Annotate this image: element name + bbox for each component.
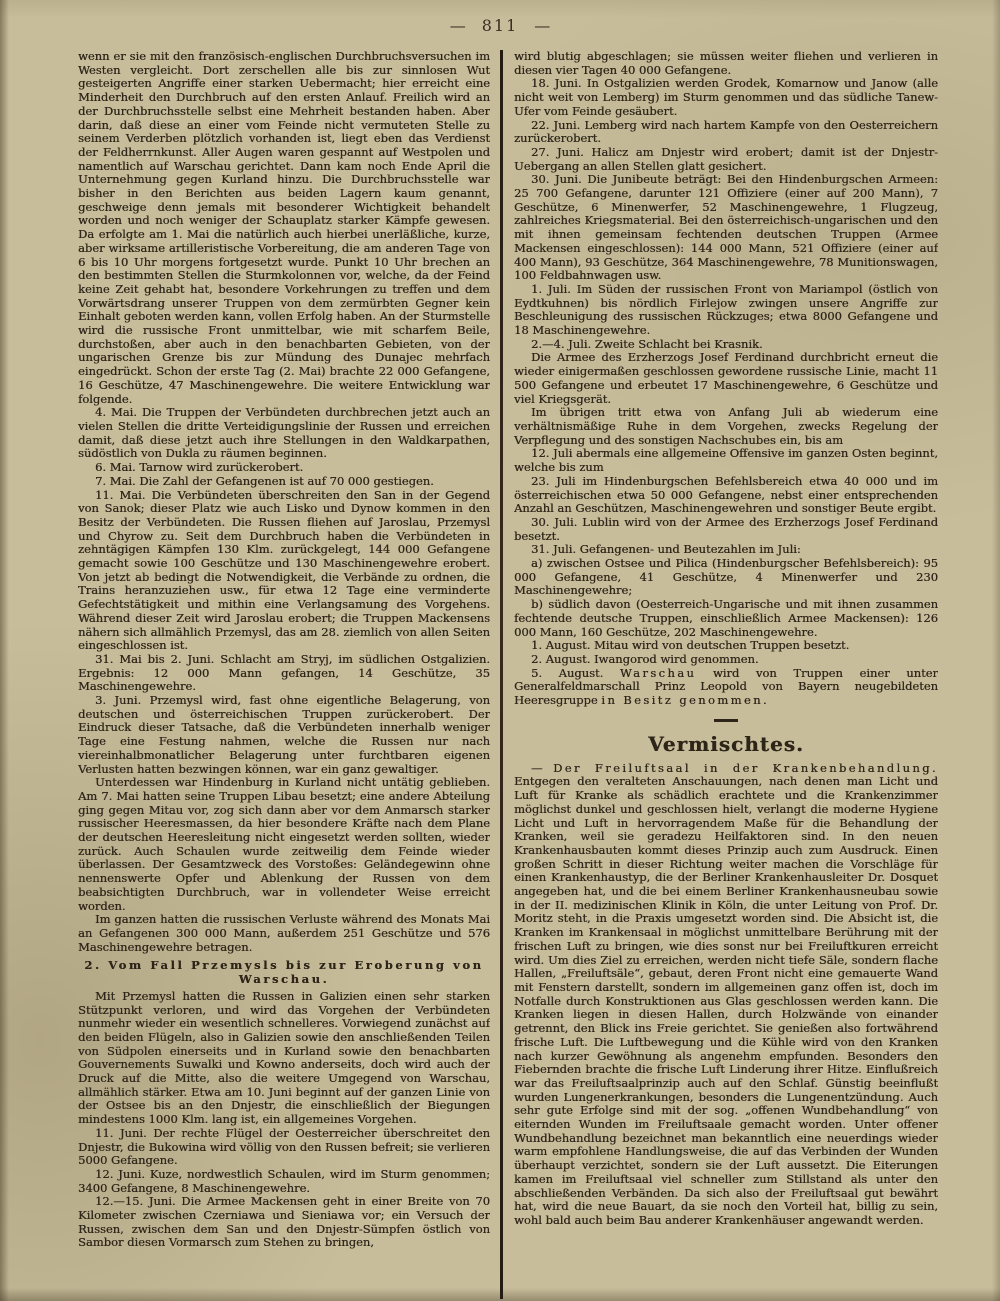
- page-number-dash-left: —: [450, 16, 466, 35]
- paragraph: 23. Juli im Hindenburgschen Befehlsberei…: [514, 475, 938, 516]
- paragraph: 6. Mai. Tarnow wird zurückerobert.: [78, 461, 490, 475]
- paragraph: 4. Mai. Die Truppen der Verbündeten durc…: [78, 406, 490, 461]
- text-segment: 30. Juli. Lublin wird von der Armee des …: [514, 515, 938, 543]
- paragraph: 11. Mai. Die Verbündeten überschreiten d…: [78, 489, 490, 653]
- text-segment: 12.—15. Juni. Die Armee Mackensen geht i…: [78, 1194, 490, 1249]
- text-segment: Der Freiluftsaal in der Krankenbehandlun…: [553, 761, 938, 775]
- text-segment: 31. Mai bis 2. Juni. Schlacht am Stryj, …: [78, 652, 490, 693]
- text-segment: 2. August. Iwangorod wird genommen.: [531, 652, 759, 666]
- text-segment: Entgegen den veralteten Anschauungen, na…: [514, 774, 938, 1227]
- text-segment: 11. Juni. Der rechte Flügel der Oesterre…: [78, 1126, 490, 1167]
- paragraph: 22. Juni. Lemberg wird nach hartem Kampf…: [514, 119, 938, 146]
- paragraph: Mit Przemysl hatten die Russen in Galizi…: [78, 990, 490, 1127]
- text-segment: 18. Juni. In Ostgalizien werden Grodek, …: [514, 76, 938, 117]
- text-segment: Vermischtes.: [648, 732, 804, 756]
- paragraph: 2.—4. Juli. Zweite Schlacht bei Krasnik.: [514, 338, 938, 352]
- paragraph: — Der Freiluftsaal in der Krankenbehandl…: [514, 762, 938, 1228]
- paragraph: Die Armee des Erzherzogs Josef Ferdinand…: [514, 351, 938, 406]
- paragraph: 7. Mai. Die Zahl der Gefangenen ist auf …: [78, 475, 490, 489]
- paragraph: 12. Juli abermals eine allgemeine Offens…: [514, 447, 938, 474]
- paragraph: 31. Juli. Gefangenen- und Beutezahlen im…: [514, 543, 938, 557]
- right-column: wird blutig abgeschlagen; sie müssen wei…: [503, 50, 938, 1299]
- text-block: wenn er sie mit den französisch-englisch…: [0, 50, 1000, 1299]
- paragraph: 5. August. Warschau wird von Truppen ein…: [514, 667, 938, 708]
- text-segment: 1. Juli. Im Süden der russischen Front v…: [514, 282, 938, 337]
- text-segment: 12. Juli abermals eine allgemeine Offens…: [514, 446, 938, 474]
- text-segment: in Besitz genommen.: [601, 693, 769, 707]
- paragraph: 1. August. Mitau wird von deutschen Trup…: [514, 639, 938, 653]
- section-title: Vermischtes.: [514, 732, 938, 756]
- paragraph: 30. Juni. Die Junibeute beträgt: Bei den…: [514, 173, 938, 283]
- paragraph: Im übrigen tritt etwa von Anfang Juli ab…: [514, 406, 938, 447]
- text-segment: 4. Mai. Die Truppen der Verbündeten durc…: [78, 405, 490, 460]
- paragraph: 12. Juni. Kuze, nordwestlich Schaulen, w…: [78, 1168, 490, 1195]
- paragraph: 12.—15. Juni. Die Armee Mackensen geht i…: [78, 1195, 490, 1250]
- text-segment: 30. Juni. Die Junibeute beträgt: Bei den…: [514, 172, 938, 282]
- text-segment: Mit Przemysl hatten die Russen in Galizi…: [78, 989, 490, 1126]
- paragraph: Im ganzen hatten die russischen Verluste…: [78, 913, 490, 954]
- paragraph: 31. Mai bis 2. Juni. Schlacht am Stryj, …: [78, 653, 490, 694]
- text-segment: a) zwischen Ostsee und Pilica (Hindenbur…: [514, 556, 938, 597]
- paragraph: 18. Juni. In Ostgalizien werden Grodek, …: [514, 77, 938, 118]
- text-segment: 5. August.: [531, 666, 620, 680]
- page-header: — 811 —: [0, 0, 1000, 50]
- paragraph: 2. August. Iwangorod wird genommen.: [514, 653, 938, 667]
- text-segment: Die Armee des Erzherzogs Josef Ferdinand…: [514, 350, 938, 405]
- text-segment: 7. Mai. Die Zahl der Gefangenen ist auf …: [95, 474, 434, 488]
- text-segment: 2. Vom Fall Przemysls bis zur Eroberung …: [84, 958, 483, 986]
- text-segment: Im ganzen hatten die russischen Verluste…: [78, 912, 490, 953]
- paragraph: wird blutig abgeschlagen; sie müssen wei…: [514, 50, 938, 77]
- newspaper-page: — 811 — wenn er sie mit den französisch-…: [0, 0, 1000, 1301]
- paragraph: 1. Juli. Im Süden der russischen Front v…: [514, 283, 938, 338]
- left-column: wenn er sie mit den französisch-englisch…: [78, 50, 490, 1299]
- chapter-heading: 2. Vom Fall Przemysls bis zur Eroberung …: [78, 959, 490, 986]
- text-segment: b) südlich davon (Oesterreich-Ungarische…: [514, 597, 938, 638]
- text-segment: —: [531, 761, 553, 775]
- paragraph: Unterdessen war Hindenburg in Kurland ni…: [78, 776, 490, 913]
- page-number-dash-right: —: [534, 16, 550, 35]
- text-segment: Warschau: [620, 666, 696, 680]
- paragraph: 11. Juni. Der rechte Flügel der Oesterre…: [78, 1127, 490, 1168]
- text-segment: 22. Juni. Lemberg wird nach hartem Kampf…: [514, 118, 938, 146]
- paragraph: wenn er sie mit den französisch-englisch…: [78, 50, 490, 406]
- text-segment: Im übrigen tritt etwa von Anfang Juli ab…: [514, 405, 938, 446]
- page-number: 811: [482, 16, 519, 35]
- text-segment: Unterdessen war Hindenburg in Kurland ni…: [78, 775, 490, 912]
- text-segment: 23. Juli im Hindenburgschen Befehlsberei…: [514, 474, 938, 515]
- text-segment: 3. Juni. Przemysl wird, fast ohne eigent…: [78, 693, 490, 776]
- text-segment: 1. August. Mitau wird von deutschen Trup…: [531, 638, 849, 652]
- text-segment: wird blutig abgeschlagen; sie müssen wei…: [514, 50, 938, 77]
- text-segment: wenn er sie mit den französisch-englisch…: [78, 50, 490, 406]
- paragraph: 27. Juni. Halicz am Dnjestr wird erobert…: [514, 146, 938, 173]
- text-segment: 31. Juli. Gefangenen- und Beutezahlen im…: [531, 542, 801, 556]
- text-segment: 12. Juni. Kuze, nordwestlich Schaulen, w…: [78, 1167, 490, 1195]
- paragraph: 30. Juli. Lublin wird von der Armee des …: [514, 516, 938, 543]
- text-segment: 27. Juni. Halicz am Dnjestr wird erobert…: [514, 145, 938, 173]
- text-segment: 6. Mai. Tarnow wird zurückerobert.: [95, 460, 303, 474]
- paragraph: b) südlich davon (Oesterreich-Ungarische…: [514, 598, 938, 639]
- text-segment: 11. Mai. Die Verbündeten überschreiten d…: [78, 488, 490, 653]
- text-segment: 2.—4. Juli. Zweite Schlacht bei Krasnik.: [531, 337, 763, 351]
- paragraph: a) zwischen Ostsee und Pilica (Hindenbur…: [514, 557, 938, 598]
- paragraph: 3. Juni. Przemysl wird, fast ohne eigent…: [78, 694, 490, 776]
- separator-rule: [714, 719, 738, 722]
